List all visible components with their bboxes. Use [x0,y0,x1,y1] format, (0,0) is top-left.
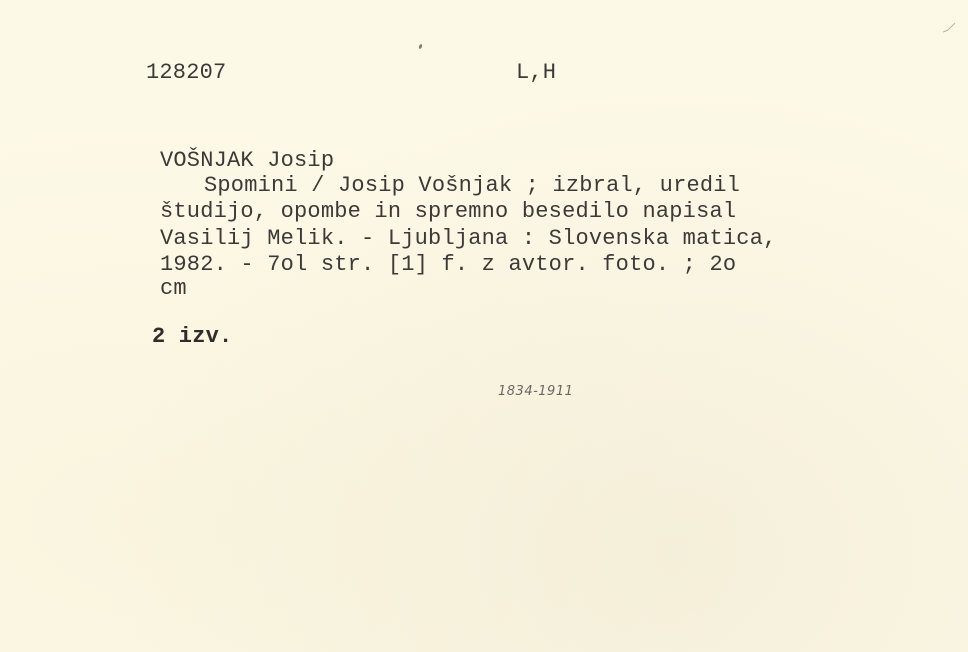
description-line: 1982. - 7ol str. [1] f. z avtor. foto. ;… [160,252,736,278]
call-number: 128207 [146,60,226,86]
description-line: cm [160,276,187,302]
description-line: študijo, opombe in spremno besedilo napi… [160,199,736,225]
copies-count: 2 izv. [152,324,232,350]
author-heading: VOŠNJAK Josip [160,148,334,174]
description-line: Spomini / Josip Vošnjak ; izbral, uredil [204,173,740,199]
location-code: L,H [516,60,556,86]
catalog-card: 128207 L,H VOŠNJAK Josip Spomini / Josip… [0,0,968,652]
description-line: Vasilij Melik. - Ljubljana : Slovenska m… [160,226,777,252]
handwritten-life-dates: 1834-1911 [498,384,573,399]
check-mark-icon [942,22,956,34]
ink-speck [418,44,423,50]
